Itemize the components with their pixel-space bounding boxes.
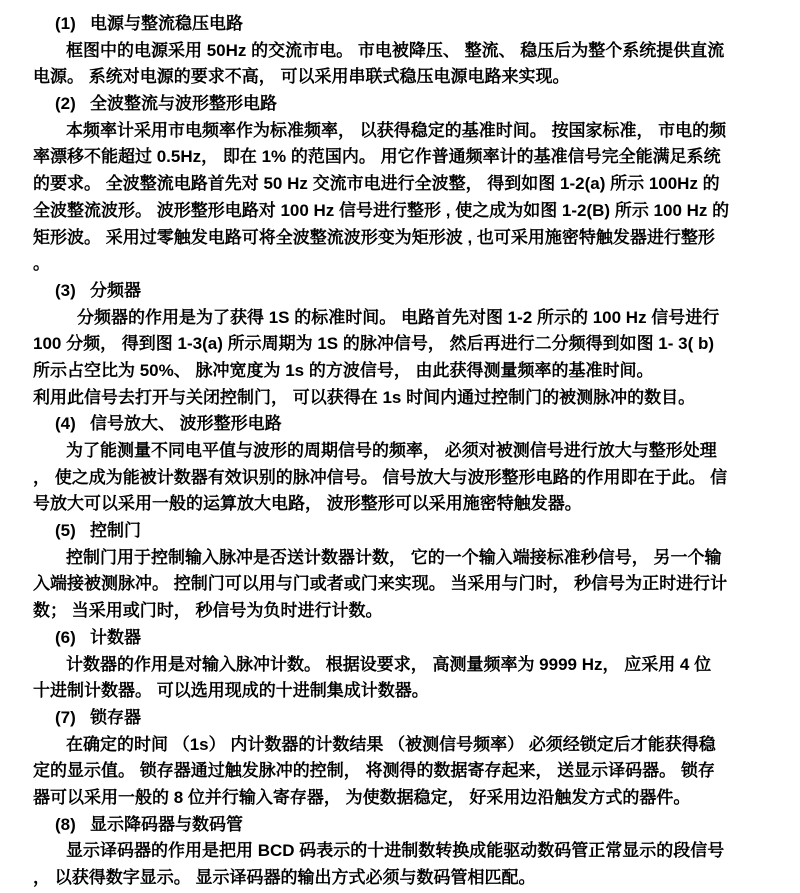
text-line: 。 [0, 251, 800, 278]
section-heading-line: (2) 全波整流与波形整形电路 [0, 91, 800, 118]
text-line: 框图中的电源采用 50Hz 的交流市电。 市电被降压、 整流、 稳压后为整个系统… [0, 38, 800, 65]
document-page: (1) 电源与整流稳压电路框图中的电源采用 50Hz 的交流市电。 市电被降压、… [0, 0, 800, 893]
text-line: 器可以采用一般的 8 位并行输入寄存器， 为使数据稳定， 好采用边沿触发方式的器… [0, 785, 800, 812]
text-line: 所示占空比为 50%、 脉冲宽度为 1s 的方波信号， 由此获得测量频率的基准时… [0, 358, 800, 385]
text-line: ， 使之成为能被计数器有效识别的脉冲信号。 信号放大与波形整形电路的作用即在于此… [0, 465, 800, 492]
text-line: 为了能测量不同电平值与波形的周期信号的频率， 必须对被测信号进行放大与整形处理 [0, 438, 800, 465]
document-text-body: (1) 电源与整流稳压电路框图中的电源采用 50Hz 的交流市电。 市电被降压、… [0, 11, 800, 892]
text-line: 本频率计采用市电频率作为标准频率， 以获得稳定的基准时间。 按国家标准， 市电的… [0, 118, 800, 145]
section-heading-line: (8) 显示降码器与数码管 [0, 812, 800, 839]
text-line: 矩形波。 采用过零触发电路可将全波整流波形变为矩形波 , 也可采用施密特触发器进… [0, 225, 800, 252]
text-line: 率漂移不能超过 0.5Hz， 即在 1% 的范国内。 用它作普通频率计的基准信号… [0, 144, 800, 171]
section-heading-line: (1) 电源与整流稳压电路 [0, 11, 800, 38]
text-line: 定的显示值。 锁存器通过触发脉冲的控制， 将测得的数据寄存起来， 送显示译码器。… [0, 758, 800, 785]
text-line: 控制门用于控制输入脉冲是否送计数器计数， 它的一个输入端接标准秒信号， 另一个输 [0, 545, 800, 572]
text-line: 全波整流波形。 波形整形电路对 100 Hz 信号进行整形 , 使之成为如图 1… [0, 198, 800, 225]
section-heading-line: (3) 分频器 [0, 278, 800, 305]
section-heading-line: (4) 信号放大、 波形整形电路 [0, 411, 800, 438]
text-line: 数； 当采用或门时， 秒信号为负时进行计数。 [0, 598, 800, 625]
text-line: 100 分频， 得到图 1-3(a) 所示周期为 1S 的脉冲信号， 然后再进行… [0, 331, 800, 358]
text-line: 计数器的作用是对输入脉冲计数。 根据设要求， 高测量频率为 9999 Hz， 应… [0, 652, 800, 679]
text-line: 利用此信号去打开与关闭控制门， 可以获得在 1s 时间内通过控制门的被测脉冲的数… [0, 385, 800, 412]
text-line: 号放大可以采用一般的运算放大电路， 波形整形可以采用施密特触发器。 [0, 491, 800, 518]
section-heading-line: (5) 控制门 [0, 518, 800, 545]
text-line: 显示译码器的作用是把用 BCD 码表示的十进制数转换成能驱动数码管正常显示的段信… [0, 838, 800, 865]
text-line: 在确定的时间 （1s） 内计数器的计数结果 （被测信号频率） 必须经锁定后才能获… [0, 732, 800, 759]
section-heading-line: (7) 锁存器 [0, 705, 800, 732]
text-line: 入端接被测脉冲。 控制门可以用与门或者或门来实现。 当采用与门时， 秒信号为正时… [0, 571, 800, 598]
text-line: 十进制计数器。 可以选用现成的十进制集成计数器。 [0, 678, 800, 705]
text-line: 电源。 系统对电源的要求不高， 可以采用串联式稳压电源电路来实现。 [0, 64, 800, 91]
text-line: 分频器的作用是为了获得 1S 的标准时间。 电路首先对图 1-2 所示的 100… [0, 305, 800, 332]
text-line: ， 以获得数字显示。 显示译码器的输出方式必须与数码管相匹配。 [0, 865, 800, 892]
section-heading-line: (6) 计数器 [0, 625, 800, 652]
text-line: 的要求。 全波整流电路首先对 50 Hz 交流市电进行全波整， 得到如图 1-2… [0, 171, 800, 198]
